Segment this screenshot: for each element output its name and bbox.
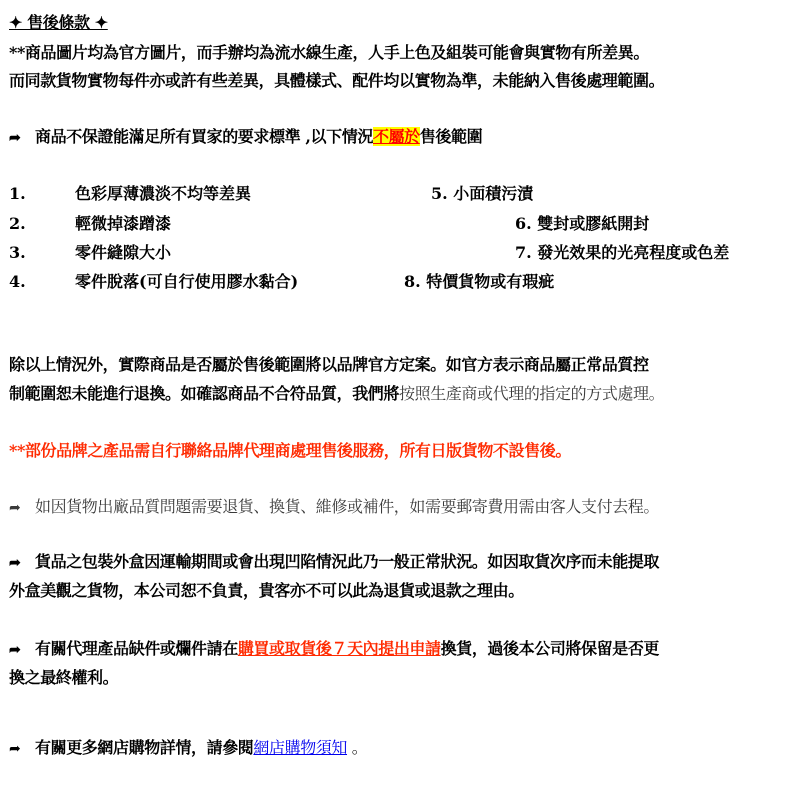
- policy-line-1: 除以上情況外，實際商品是否屬於售後範圍將以品牌官方定案。如官方表示商品屬正常品質…: [9, 354, 649, 376]
- exclusion-heading: ➦商品不保證能滿足所有買家的要求標準 ,以下情況不屬於售後範圍: [9, 126, 482, 149]
- not-covered-highlight: 不屬於: [373, 127, 420, 146]
- list-item: 1.色彩厚薄濃淡不均等差異: [9, 183, 251, 205]
- packaging-notice-line-1: ➦貨品之包裝外盒因運輸期間或會出現凹陷情況此乃一般正常狀況。如因取貨次序而未能提…: [9, 551, 659, 574]
- list-item: 4.零件脫落(可自行使用膠水黏合): [9, 271, 298, 293]
- page-title: ✦ 售後條款 ✦: [9, 12, 108, 34]
- list-item: 3.零件縫隙大小: [9, 242, 171, 264]
- list-item: 2.輕微掉漆蹭漆: [9, 213, 171, 235]
- exclusion-heading-prefix: 商品不保證能滿足所有買家的要求標準 ,以下情況: [35, 127, 373, 146]
- list-item: 7. 發光效果的光亮程度或色差: [515, 242, 729, 264]
- intro-line-1: **商品圖片均為官方圖片，而手辦均為流水線生產，人手上色及組裝可能會與實物有所差…: [9, 42, 649, 64]
- deadline-highlight: 購買或取貨後７天內提出申請: [238, 639, 441, 658]
- more-info: ➦有關更多網店購物詳情，請參閱網店購物須知 。: [9, 737, 367, 760]
- arrow-right-icon: ➦: [9, 497, 27, 519]
- shopping-guide-link[interactable]: 網店購物須知: [253, 738, 347, 757]
- list-item: 8. 特價貨物或有瑕疵: [404, 271, 554, 293]
- parts-notice-line-2: 換之最終權利。: [9, 667, 118, 689]
- parts-notice-line-1: ➦有關代理產品缺件或爛件請在購買或取貨後７天內提出申請換貨，過後本公司將保留是否…: [9, 638, 659, 661]
- arrow-right-icon: ➦: [9, 127, 27, 149]
- arrow-right-icon: ➦: [9, 639, 27, 661]
- defect-notice: ➦如因貨物出廠品質問題需要退貨、換貨、維修或補件，如需要郵寄費用需由客人支付去程…: [9, 496, 659, 519]
- arrow-right-icon: ➦: [9, 552, 27, 574]
- exclusion-heading-suffix: 售後範圍: [420, 127, 482, 146]
- packaging-notice-line-2: 外盒美觀之貨物，本公司恕不負責，貴客亦不可以此為退貨或退款之理由。: [9, 580, 524, 602]
- policy-line-2: 制範圍恕未能進行退換。如確認商品不合符品質，我們將按照生產商或代理的指定的方式處…: [9, 383, 664, 405]
- list-item: 6. 雙封或膠紙開封: [515, 213, 649, 235]
- arrow-right-icon: ➦: [9, 738, 27, 760]
- intro-line-2: 而同款貨物實物每件亦或許有些差異，具體樣式、配件均以實物為準，未能納入售後處理範…: [9, 70, 664, 92]
- list-item: 5. 小面積污漬: [431, 183, 533, 205]
- brand-notice: **部份品牌之產品需自行聯絡品牌代理商處理售後服務，所有日版貨物不設售後。: [9, 440, 571, 462]
